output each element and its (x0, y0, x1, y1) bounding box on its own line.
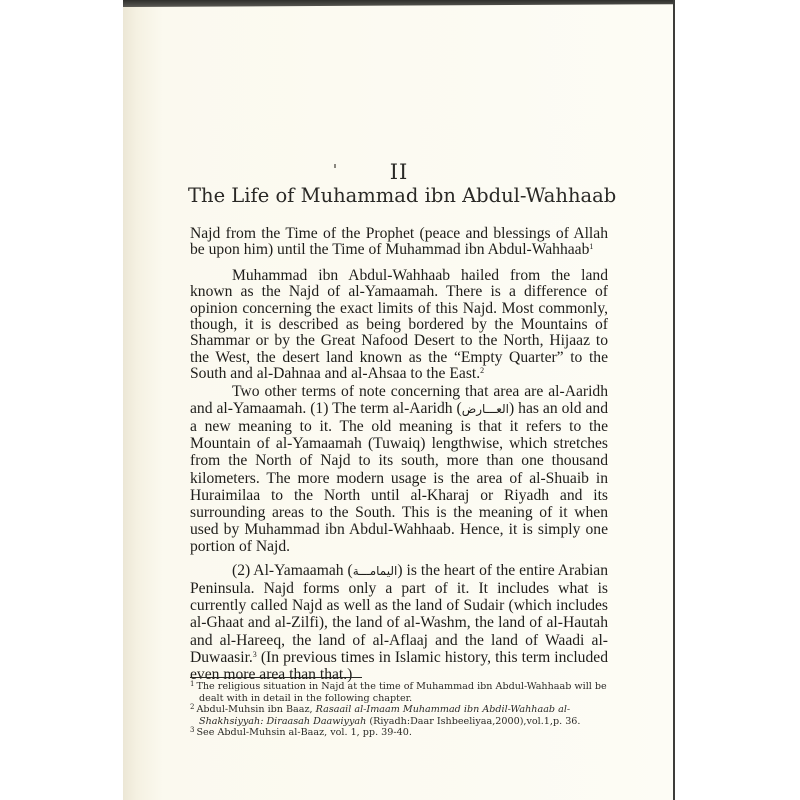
paragraph-1: Muhammad ibn Abdul-Wahhaab hailed from t… (190, 268, 608, 383)
book-page: II The Life of Muhammad ibn Abdul-Wahhaa… (123, 0, 675, 800)
footnote-2-publication: (Riyadh:Daar Ishbeeliyaa,2000),vol.1,p. … (366, 716, 580, 727)
chapter-number: II (190, 160, 608, 184)
footnote-2-number: 2 (190, 703, 194, 711)
chapter-title: The Life of Muhammad ibn Abdul-Wahhaab (188, 184, 606, 207)
paragraph-2: Two other terms of note concerning that … (190, 383, 608, 556)
arabic-term-aaridh: العـــارض (462, 402, 509, 416)
footnote-2-author: Abdul-Muhsin ibn Baaz, (196, 704, 315, 715)
footnote-ref-2[interactable]: 2 (480, 366, 484, 375)
footnote-separator (190, 677, 362, 678)
footnote-1-text: The religious situation in Najd at the t… (196, 681, 606, 704)
arabic-term-yamaamah: اليمامـــة (353, 564, 398, 578)
footnote-2: 2Abdul-Muhsin ibn Baaz, Rasaail al-Imaam… (190, 704, 620, 727)
section-heading-text: Najd from the Time of the Prophet (peace… (190, 225, 608, 258)
paragraph-3: (2) Al-Yamaamah (اليمامـــة) is the hear… (190, 562, 608, 683)
footnote-1: 1The religious situation in Najd at the … (190, 681, 620, 704)
footnote-3: 3See Abdul-Muhsin al-Baaz, vol. 1, pp. 3… (190, 727, 620, 739)
paragraph-1-text: Muhammad ibn Abdul-Wahhaab hailed from t… (190, 267, 608, 382)
footnote-3-text: See Abdul-Muhsin al-Baaz, vol. 1, pp. 39… (196, 727, 411, 738)
section-heading: Najd from the Time of the Prophet (peace… (190, 226, 608, 259)
footnote-3-number: 3 (190, 726, 194, 734)
paragraph-3-text-before: (2) Al-Yamaamah ( (232, 562, 353, 579)
footnote-1-number: 1 (190, 680, 194, 688)
footnote-ref-1[interactable]: 1 (589, 242, 593, 251)
page-top-edge-shadow (123, 0, 673, 7)
body-text: Najd from the Time of the Prophet (peace… (190, 226, 608, 683)
footnotes: 1The religious situation in Najd at the … (190, 681, 620, 739)
paragraph-2-text-after: ) has an old and a new meaning to it. Th… (190, 400, 608, 556)
